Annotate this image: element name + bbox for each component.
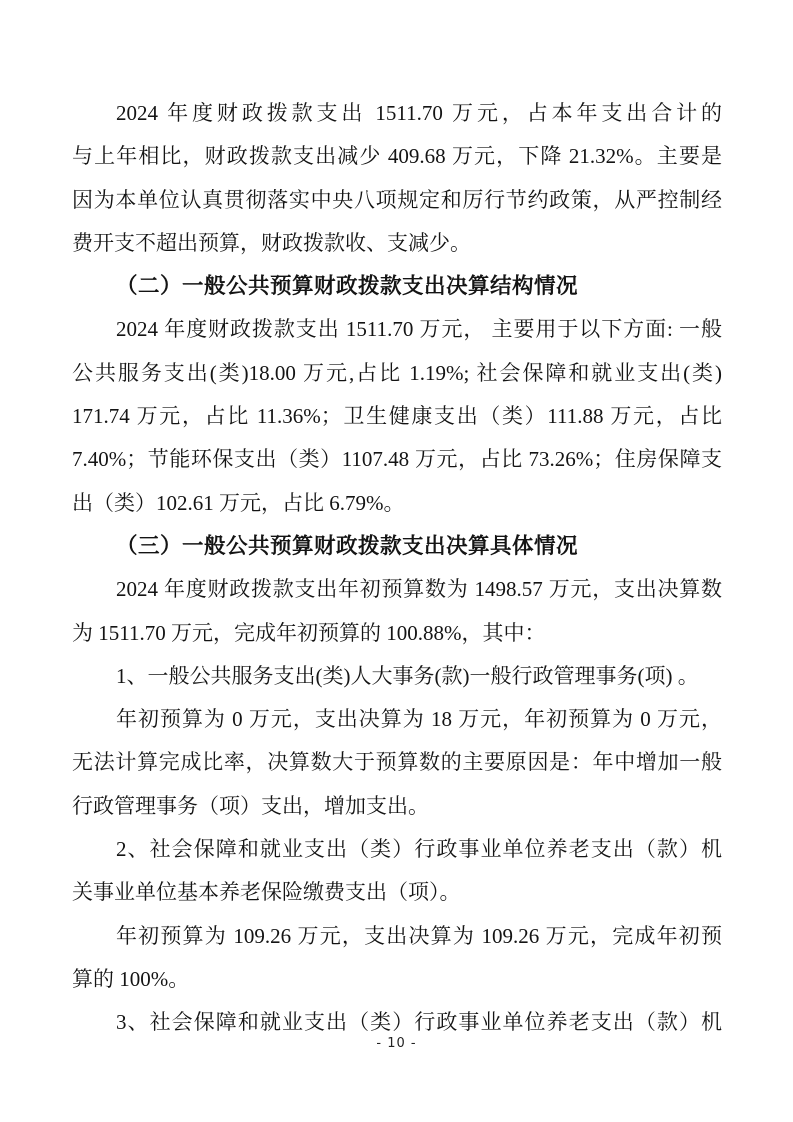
- paragraph-line: 费开支不超出预算，财政拨款收、支减少。: [72, 222, 722, 265]
- paragraph-line: 7.40%；节能环保支出（类）1107.48 万元，占比 73.26%；住房保障…: [72, 438, 722, 481]
- document-page: 2024 年度财政拨款支出 1511.70 万元，占本年支出合计的 80.15%…: [0, 0, 793, 1122]
- paragraph-line: 2、社会保障和就业支出（类）行政事业单位养老支出（款）机: [72, 828, 722, 871]
- paragraph-line: 公共服务支出(类)18.00 万元,占比 1.19%; 社会保障和就业支出(类): [72, 352, 722, 395]
- section-heading-3: （三）一般公共预算财政拨款支出决算具体情况: [72, 525, 722, 568]
- paragraph-line: 171.74 万元，占比 11.36%；卫生健康支出（类）111.88 万元，占…: [72, 395, 722, 438]
- document-body: 2024 年度财政拨款支出 1511.70 万元，占本年支出合计的 80.15%…: [72, 92, 722, 1045]
- section-heading-2: （二）一般公共预算财政拨款支出决算结构情况: [72, 265, 722, 308]
- paragraph-line: 2024 年度财政拨款支出年初预算数为 1498.57 万元，支出决算数: [72, 568, 722, 611]
- paragraph-line: 算的 100%。: [72, 958, 722, 1001]
- paragraph-line: 因为本单位认真贯彻落实中央八项规定和厉行节约政策，从严控制经: [72, 179, 722, 222]
- paragraph-line: 2024 年度财政拨款支出 1511.70 万元，占本年支出合计的 80.15%…: [72, 92, 722, 135]
- paragraph-line: 为 1511.70 万元，完成年初预算的 100.88%，其中：: [72, 612, 722, 655]
- paragraph-line: 无法计算完成比率，决算数大于预算数的主要原因是：年中增加一般: [72, 741, 722, 784]
- paragraph-line: 2024 年度财政拨款支出 1511.70 万元， 主要用于以下方面: 一般: [72, 308, 722, 351]
- paragraph-line: 年初预算为 109.26 万元，支出决算为 109.26 万元，完成年初预: [72, 915, 722, 958]
- paragraph-line: 与上年相比，财政拨款支出减少 409.68 万元，下降 21.32%。主要是: [72, 135, 722, 178]
- page-number: - 10 -: [0, 1036, 793, 1051]
- paragraph-line: 行政管理事务（项）支出，增加支出。: [72, 785, 722, 828]
- paragraph-line: 出（类）102.61 万元，占比 6.79%。: [72, 482, 722, 525]
- paragraph-line: 1、一般公共服务支出(类)人大事务(款)一般行政管理事务(项) 。: [72, 655, 722, 698]
- paragraph-line: 关事业单位基本养老保险缴费支出（项）。: [72, 871, 722, 914]
- paragraph-line: 年初预算为 0 万元，支出决算为 18 万元，年初预算为 0 万元，: [72, 698, 722, 741]
